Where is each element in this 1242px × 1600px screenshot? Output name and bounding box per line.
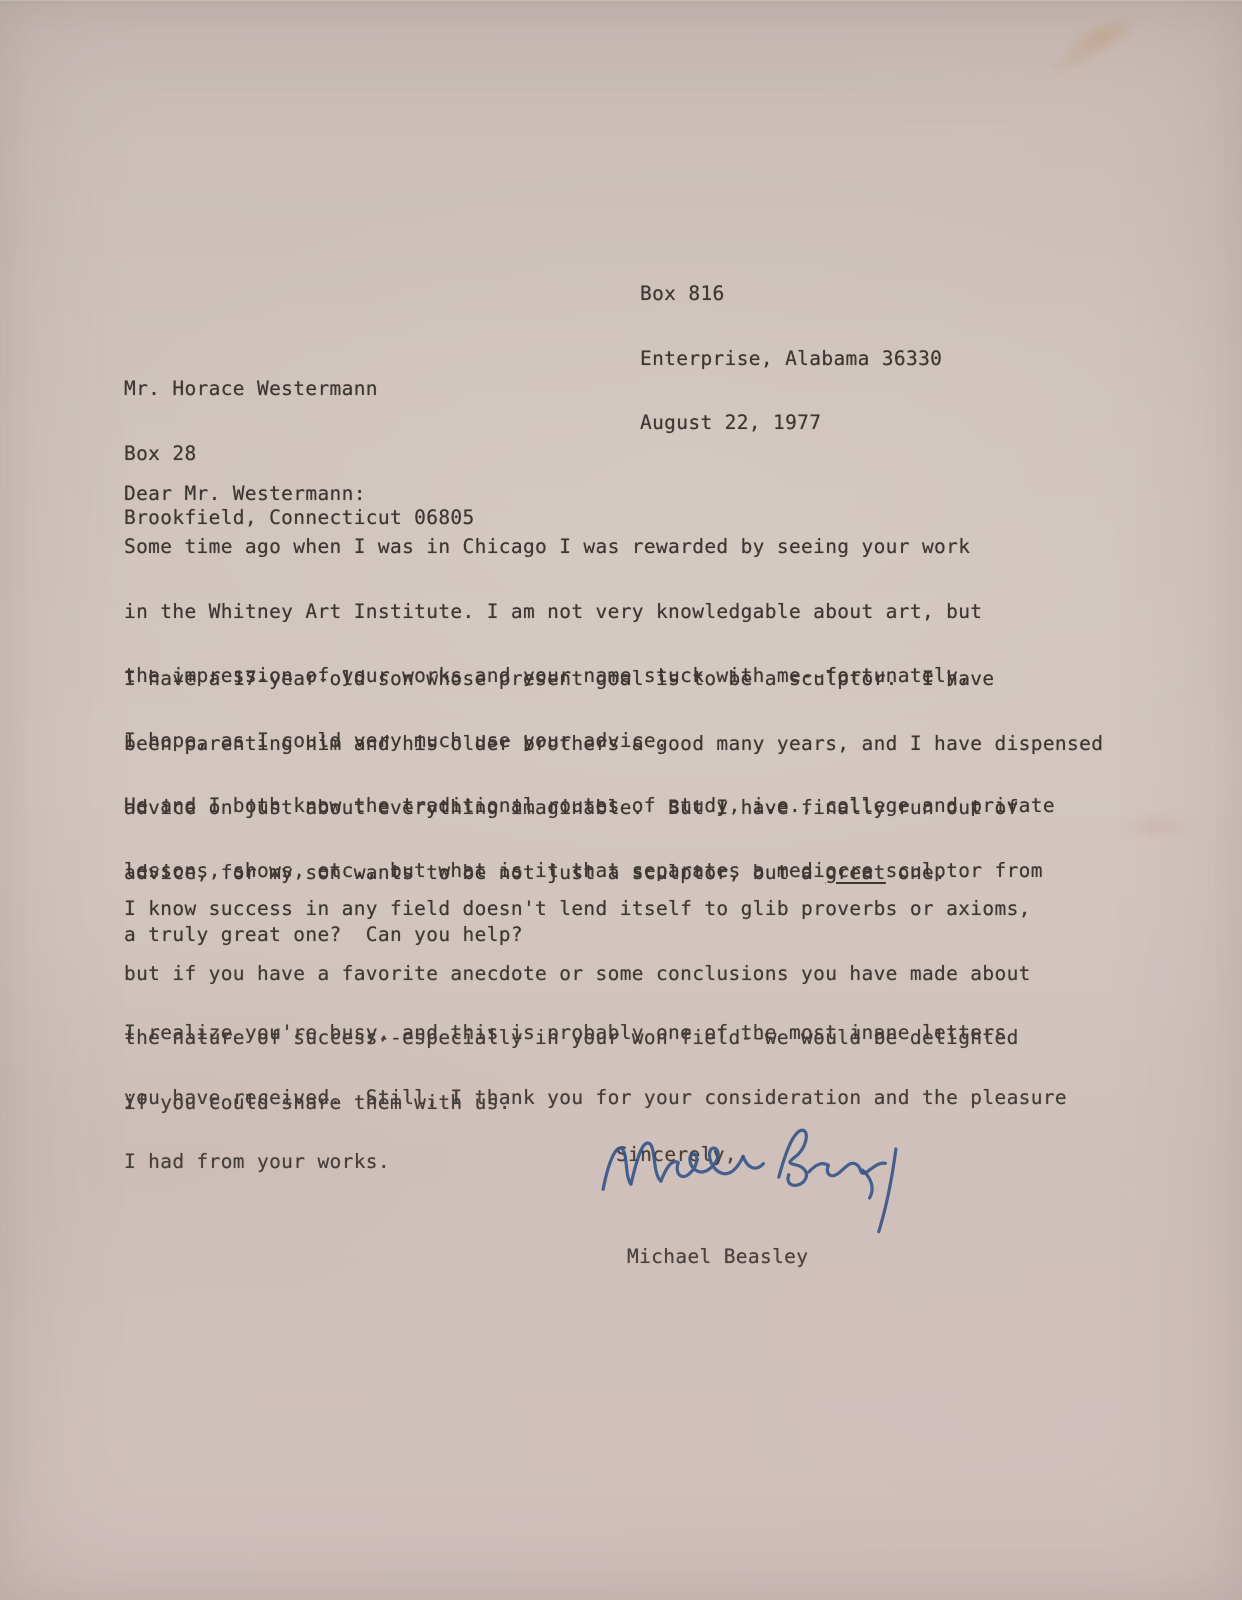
text-line: He and I both know the traditional route… [124, 793, 1055, 820]
text-line: been parenting him and his older brother… [124, 731, 1103, 758]
fold-crease [0, 0, 1242, 4]
text-line: I had from your works. [124, 1149, 1067, 1176]
sender-line: Enterprise, Alabama 36330 [640, 346, 942, 373]
recipient-line: Mr. Horace Westermann [124, 376, 475, 403]
typed-name: Michael Beasley [627, 1206, 808, 1309]
text-line: I know success in any field doesn't lend… [124, 896, 1031, 923]
sender-line: Box 816 [640, 281, 942, 308]
text-line: in the Whitney Art Institute. I am not v… [124, 599, 982, 626]
text-line: I realize you're busy, and this is proba… [124, 1020, 1067, 1047]
sender-address-block: Box 816 Enterprise, Alabama 36330 August… [640, 243, 942, 475]
date-line: August 22, 1977 [640, 410, 942, 437]
paper-smudge [1118, 812, 1196, 842]
paper-stain [1044, 42, 1100, 80]
letter-scan: Box 816 Enterprise, Alabama 36330 August… [0, 0, 1242, 1600]
closing: Sincerely, [616, 1104, 737, 1207]
text-line: I have a 17-year-old son whose present g… [124, 666, 1103, 693]
text-line: Some time ago when I was in Chicago I wa… [124, 534, 982, 561]
paragraph-5: I realize you're busy, and this is proba… [124, 982, 1067, 1214]
text-line: you have received. Still, I thank you fo… [124, 1085, 1067, 1112]
paper-stain [1055, 2, 1148, 73]
